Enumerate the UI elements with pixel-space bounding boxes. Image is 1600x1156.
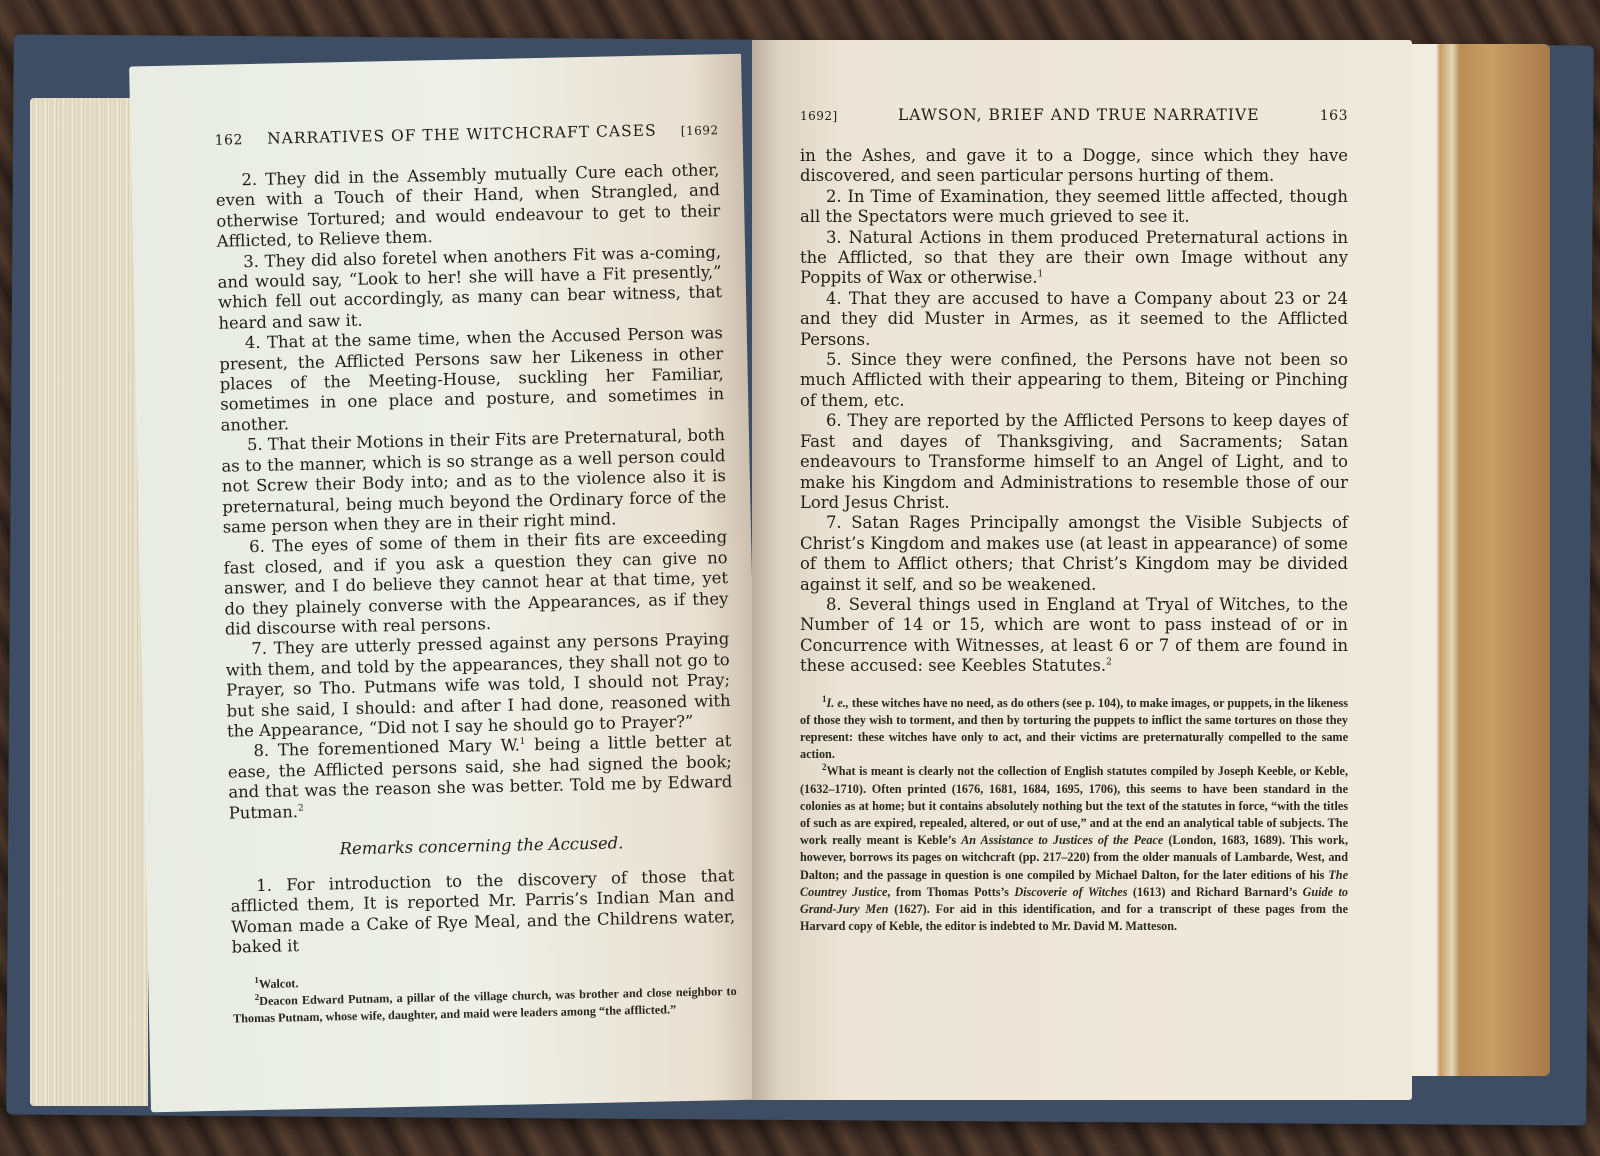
footnote-ref: 2	[1106, 658, 1112, 668]
left-footnotes: 1Walcot. 2Deacon Edward Putnam, a pillar…	[232, 966, 737, 1028]
right-body-text: in the Ashes, and gave it to a Dogge, si…	[800, 146, 1348, 677]
year-mark: 1692]	[800, 109, 838, 123]
footnote-text: (1613) and Richard Barnard’s	[1127, 885, 1302, 899]
paragraph: 2. They did in the Assembly mutually Cur…	[215, 160, 721, 252]
paragraph: 5. That their Motions in their Fits are …	[221, 425, 727, 538]
page-number: 162	[215, 132, 244, 149]
year-mark: [1692	[681, 123, 719, 138]
book-title: Discoverie of Witches	[1014, 885, 1127, 899]
page-number: 163	[1320, 108, 1348, 124]
footnote: 1I. e., these witches have no need, as d…	[800, 695, 1348, 764]
paragraph: 3. They did also foretel when anothers F…	[217, 242, 723, 334]
paragraph: 1. For introduction to the discovery of …	[230, 866, 736, 958]
paragraph: 4. That at the same time, when the Accus…	[219, 323, 725, 436]
footnote-text: these witches have no need, as do others…	[800, 696, 1348, 762]
left-body-text: 2. They did in the Assembly mutually Cur…	[215, 160, 735, 958]
book-title: An Assistance to Justices of the Peace	[961, 833, 1163, 847]
paragraph: 7. They are utterly pressed against any …	[225, 629, 731, 742]
paragraph: 8. Several things used in England at Try…	[800, 595, 1348, 677]
page-edges-right	[1400, 44, 1550, 1076]
right-page: 1692] LAWSON, BRIEF AND TRUE NARRATIVE 1…	[752, 40, 1412, 1100]
footnote-italic: I. e.,	[827, 696, 849, 710]
paragraph: 3. Natural Actions in them produced Pret…	[800, 228, 1348, 289]
right-footnotes: 1I. e., these witches have no need, as d…	[800, 695, 1348, 936]
page-edges-left	[30, 98, 148, 1106]
paragraph: 5. Since they were confined, the Persons…	[800, 350, 1348, 411]
footnote-ref: 1	[1038, 270, 1044, 280]
paragraph-text: 8. Several things used in England at Try…	[800, 595, 1348, 675]
left-running-head: 162 NARRATIVES OF THE WITCHCRAFT CASES […	[214, 120, 718, 149]
paragraph-text: 3. Natural Actions in them produced Pret…	[800, 228, 1348, 288]
footnote: 2What is meant is clearly not the collec…	[800, 763, 1348, 935]
footnote-ref: 2	[298, 803, 304, 813]
running-title: LAWSON, BRIEF AND TRUE NARRATIVE	[898, 106, 1260, 124]
paragraph: 8. The forementioned Mary W.1 being a li…	[227, 731, 733, 823]
paragraph: 6. They are reported by the Afflicted Pe…	[800, 411, 1348, 513]
paragraph: 4. That they are accused to have a Compa…	[800, 289, 1348, 350]
running-title: NARRATIVES OF THE WITCHCRAFT CASES	[267, 121, 657, 147]
footnote-text: , from Thomas Potts’s	[887, 885, 1014, 899]
paragraph: 6. The eyes of some of them in their fit…	[223, 527, 729, 640]
right-running-head: 1692] LAWSON, BRIEF AND TRUE NARRATIVE 1…	[800, 106, 1348, 124]
left-page: 162 NARRATIVES OF THE WITCHCRAFT CASES […	[129, 54, 763, 1113]
section-heading: Remarks concerning the Accused.	[229, 831, 733, 861]
paragraph: 2. In Time of Examination, they seemed l…	[800, 187, 1348, 228]
footnote-text: Walcot.	[259, 976, 299, 991]
paragraph-continuation: in the Ashes, and gave it to a Dogge, si…	[800, 146, 1348, 187]
paragraph: 7. Satan Rages Principally amongst the V…	[800, 513, 1348, 595]
